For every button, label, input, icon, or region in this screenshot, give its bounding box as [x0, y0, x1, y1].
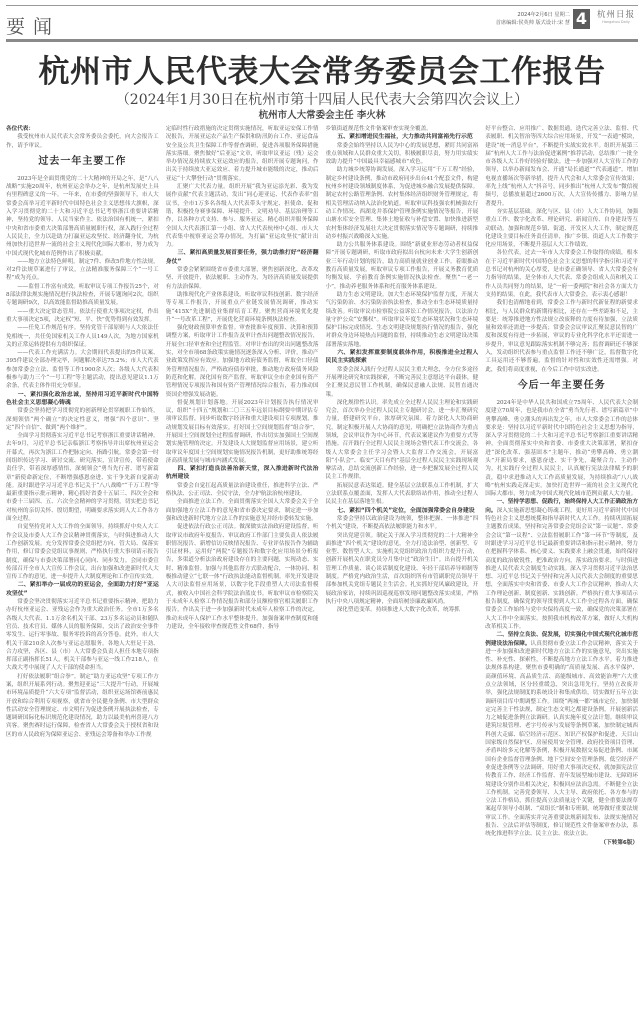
- paragraph: 常委会自觉扛起高质量法治建设重任，推进科学立法、严格执法、公正司法、全民守法，全…: [166, 482, 319, 499]
- subsection-heading: 五、紧扣增进民生福祉，大力推动共同富裕先行示范: [326, 133, 479, 141]
- paragraph: 好平台整合、应用推广、数据贯通，迭代完善立法、监督、代表履职、机关智治等四大综合…: [485, 125, 638, 208]
- subsection-heading: 一、紧扣强化政治忠诚，坚持用习近平新时代中国特色社会主义思想凝心铸魂: [6, 391, 159, 408]
- task-paragraph: 二、坚持立良法、促发展，切实强化中国式现代化城市范例建设法治保障。认真贯彻市委立…: [485, 631, 638, 838]
- subsection-heading: 七、紧扣“四个机关”定位，全面加强常委会自身建设: [326, 507, 479, 515]
- paragraph: 督促规划计划落地。开展2023年计划报告执行情况审议，组织“十四五”规划和二〇三…: [166, 399, 319, 465]
- paragraph: 常委会坚持以政治建设为统领，整体把握、一体推进“四个机关”建设，不断提高依法履职…: [326, 515, 479, 532]
- masthead: 要闻 2024年2月6日 星期二 首席编辑:侯英帅 版式设计:宋 慧 4 杭州日…: [6, 0, 638, 42]
- continued-on-page-link[interactable]: （下转第6版）: [485, 839, 638, 847]
- subsection-heading: 四、紧扣打造良法善治新天堂，深入推进新时代法治杭州建设: [166, 465, 319, 482]
- column-2: 定临时性行政措施的决定贯彻实施情况，听取亚运安保工作情况报告，开展亚运农产品生产…: [166, 125, 319, 1021]
- paper-logo: 杭州日报 Hangzhou Daily: [594, 10, 638, 25]
- paragraph: ——地方立法特色鲜明。制定7件、修改5件地方性法规，对2件法规草案进行了审议，立…: [6, 258, 159, 283]
- paragraph: 助推现代化产业体系建设。听取审议科技创新、数字经济等专项工作报告，开展重点产业链…: [166, 291, 319, 324]
- task-text: 认真贯彻市委立法工作会议精神，落实关于进一步加强和改进新时代地方立法工作的实施意…: [485, 641, 638, 838]
- paragraph: ——代表工作充满活力。大会期间代表提出的5件议案、395件建议全部办理完毕，问题…: [6, 349, 159, 390]
- paragraph: 各位代表，过去一年市人大常委会工作取得的成绩，根本在于习近平新时代中国特色社会主…: [485, 249, 638, 299]
- paragraph: 我们也清醒地看到，常委会工作与新时代新征程的新要求相比，与人民群众的新期待相比，…: [485, 299, 638, 374]
- task-paragraph: 一、坚持学思想、促践行，始终保持人大工作正确政治方向。深入实施新思想凝心铸魂工程…: [485, 498, 638, 631]
- article-byline: 杭州市人大常委会主任 李火林: [0, 110, 644, 122]
- intro-paragraph: 我受杭州市人民代表大会常务委员会委托，向大会报告工作，请予审议。: [6, 133, 159, 150]
- paragraph: 助力公共服务体系建设。围绕“新就业形态劳动者权益保障”开展专题调研，听取市政府拟…: [326, 241, 479, 291]
- paragraph: 常委会紧紧围绕省市委重大部署，聚焦创新深化、改革攻坚、开放提升，依法履职、主动作…: [166, 266, 319, 291]
- paragraph: 全面推进立法工作。全面贯彻落实全国人大常委会关于全面加强地方立法工作的意见和省市…: [166, 498, 319, 523]
- article-subhead: （2024年1月30日在杭州市第十四届人民代表大会第四次会议上）: [0, 91, 644, 109]
- paragraph: 助力生态文明建设。加大生态环境保护监督力度，开展大气污染防治、水污染防治执法检查…: [326, 291, 479, 349]
- paragraph: 2023年是全面贯彻党的二十大精神的开局之年，是“八八战略”实施20周年，杭州亚…: [6, 175, 159, 258]
- paper-name-en: Hangzhou Daily: [594, 20, 638, 25]
- paragraph: 突出党建引领。制定关于深入学习贯彻党的二十大精神全面推进“四个机关”建设的意见，…: [326, 532, 479, 607]
- paragraph: 拓展民意表达渠道。健全基层立法联系点工作机制，扩大立法联系点覆盖面，发挥人大代表…: [326, 482, 479, 507]
- editor-credits: 首席编辑:侯英帅 版式设计:宋 慧: [496, 20, 570, 28]
- masthead-rule: [6, 39, 638, 42]
- article-body: 各位代表： 我受杭州市人民代表大会常务委员会委托，向大会报告工作，请予审议。 过…: [6, 125, 638, 1021]
- paragraph: 乡镇街道规范性文件备案审查实现全覆盖。: [326, 125, 479, 133]
- paragraph: 深化规律性认识。率先成立全过程人民民主理论和实践研究会，首次举办全过程人民民主专…: [326, 399, 479, 482]
- paper-name-cn: 杭州日报: [594, 10, 638, 20]
- paragraph: 常委会始终坚持以人民为中心的发展思想，紧盯共同富裕重点领域和人民群众重大关切，积…: [326, 142, 479, 167]
- paragraph: 常委会坚持把学习贯彻党的创新理论贯穿履职工作始终，深刻领悟“两个确立”的决定性意…: [6, 407, 159, 432]
- top-rule: [6, 5, 638, 6]
- paragraph: 全面学习贯彻落实习近平总书记考察浙江重要讲话精神。去年9月，习近平总书记亲临浙江…: [6, 432, 159, 523]
- paragraph: ——重大决定常态管用。依法行使重大事项决定权，作出重大事项决定5项，决定权“短、…: [6, 308, 159, 325]
- section-title-next-year: 今后一年主要任务: [485, 380, 638, 392]
- section-name: 要闻: [6, 12, 60, 39]
- subsection-heading: 三、紧扣高质量发展首要任务，强力助推打好“经济翻身仗”: [166, 249, 319, 266]
- column-1: 各位代表： 我受杭州市人民代表大会常务委员会委托，向大会报告工作，请予审议。 过…: [6, 125, 159, 1021]
- subsection-heading: 六、紧扣发挥重要制度载体作用，积极推进全过程人民民主实践探索: [326, 349, 479, 366]
- page-number-badge: 4: [573, 9, 590, 29]
- paragraph: 定临时性行政措施的决定贯彻实施情况，听取亚运安保工作情况报告，开展亚运农产品生产…: [166, 125, 319, 183]
- issue-meta: 2024年2月6日 星期二 首席编辑:侯英帅 版式设计:宋 慧: [496, 12, 570, 27]
- column-3: 乡镇街道规范性文件备案审查实现全覆盖。 五、紧扣增进民生福祉，大力推动共同富裕先…: [326, 125, 479, 1021]
- paragraph: 深化塑造变革。持续推进人大数字化改革，统筹抓: [326, 606, 479, 614]
- paragraph: ——任免工作规范有序。坚持党管干部原则与人大依法任免相统一，共任免国家机关工作人…: [6, 324, 159, 349]
- paragraph: 打好依法履职“组合拳”。制定“助力亚运攻坚”专项工作方案，组织开展系列行动。聚焦…: [6, 673, 159, 739]
- subsection-heading: 二、紧扣举办一届成功的亚运会，全面助力打好“亚运攻坚仗”: [6, 581, 159, 598]
- salutation: 各位代表：: [6, 125, 159, 133]
- article-headline: 杭州市人民代表大会常务委员会工作报告: [0, 53, 644, 91]
- section-title-past-year: 过去一年主要工作: [6, 156, 159, 168]
- paragraph: 汇聚广大代表力量。组织开展“我为亚运添光彩、我为发展作贡献”代表主题活动，发出“…: [166, 183, 319, 249]
- paragraph: 助力城乡统筹协调发展。深入学习运用“千万工程”经验，制定乡村建设条例，推动市政府…: [326, 166, 479, 241]
- paragraph: 促进依法行政公正司法。做深做实法治政府建设监督，听取审议市政府年度报告、审议政府…: [166, 523, 319, 631]
- paragraph: ——监督工作富有成效。听取审议专项工作报告25个，对8部法律法规实施情况进行执法…: [6, 283, 159, 308]
- issue-date: 2024年2月6日 星期二: [496, 12, 570, 20]
- column-4: 好平台整合、应用推广、数据贯通，迭代完善立法、监督、代表履职、机关智治等四大综合…: [485, 125, 638, 1021]
- paragraph: 自觉坚持党对人大工作的全面领导。持续抓好中央人大工作会议及市委人大工作会议精神贯…: [6, 523, 159, 581]
- paragraph: 常委会坚决贯彻落实习近平总书记重要指示精神，把助力办好杭州亚运会、亚残运会作为重…: [6, 598, 159, 673]
- paragraph: 夯实基层基础。深化与区、县（市）人大工作协同，加强重点工作、数字化改革、理论研究…: [485, 208, 638, 249]
- paragraph: 常委会深入践行全过程人民民主重大理念，全方位多途径开展理论研究和实践探索，不断完…: [326, 366, 479, 399]
- task-text: 深入实施新思想凝心铸魂工程，更好用习近平新时代中国特色社会主义思想统揽和指导新时…: [485, 508, 638, 630]
- paragraph: 强化财政预算审查监督。审查批准年度预算、决算和预算调整方案，听取审计工作报告及审…: [166, 324, 319, 399]
- paragraph: 2024年是中华人民共和国成立75周年、人民代表大会制度建立70周年，也是我市在…: [485, 399, 638, 499]
